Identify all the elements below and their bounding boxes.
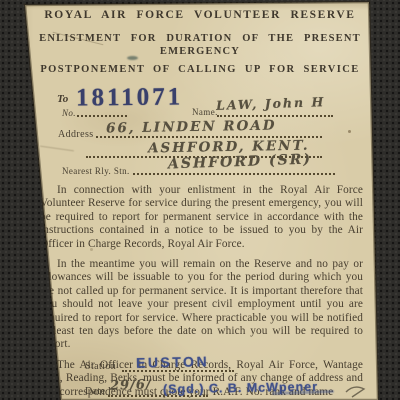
document-card: ROYAL AIR FORCE VOLUNTEER RESERVE ENLIST…	[0, 0, 400, 400]
document-title-line1: ENLISTMENT FOR DURATION OF THE PRESENT	[30, 33, 370, 44]
paragraph-1: In connection with your enlistment in th…	[40, 184, 363, 251]
paper-crease	[40, 146, 74, 152]
ink-smudge	[127, 56, 138, 60]
address-value-line1-handwriting: 66, LINDEN ROAD	[106, 118, 277, 137]
document-org-title: ROYAL AIR FORCE VOLUNTEER RESERVE	[30, 9, 370, 21]
date-label: Date	[85, 386, 105, 397]
nearest-station-dotted-line	[133, 173, 335, 175]
station-stamp: EUSTON	[136, 353, 209, 371]
document-subtitle: POSTPONEMENT OF CALLING UP FOR SERVICE	[30, 64, 370, 75]
name-value-handwriting: LAW, John H	[216, 94, 326, 113]
name-label: Name.	[192, 107, 218, 117]
paper-speck	[348, 130, 351, 133]
to-label: To	[57, 93, 68, 105]
paper-speck	[90, 248, 93, 251]
document-title-line2: EMERGENCY	[30, 46, 370, 57]
service-number-stamp: 1811071	[76, 83, 183, 112]
document-content: ROYAL AIR FORCE VOLUNTEER RESERVE ENLIST…	[0, 0, 400, 400]
date-value-handwriting: 29/6/	[110, 377, 152, 393]
station-label: Station	[85, 361, 116, 372]
no-dotted-line	[77, 115, 127, 117]
address-label: Address	[58, 129, 94, 140]
no-label: No.	[62, 108, 76, 118]
nearest-station-label: Nearest Rly. Stn.	[62, 166, 130, 176]
paragraph-2: In the meantime you will remain on the R…	[40, 258, 363, 352]
